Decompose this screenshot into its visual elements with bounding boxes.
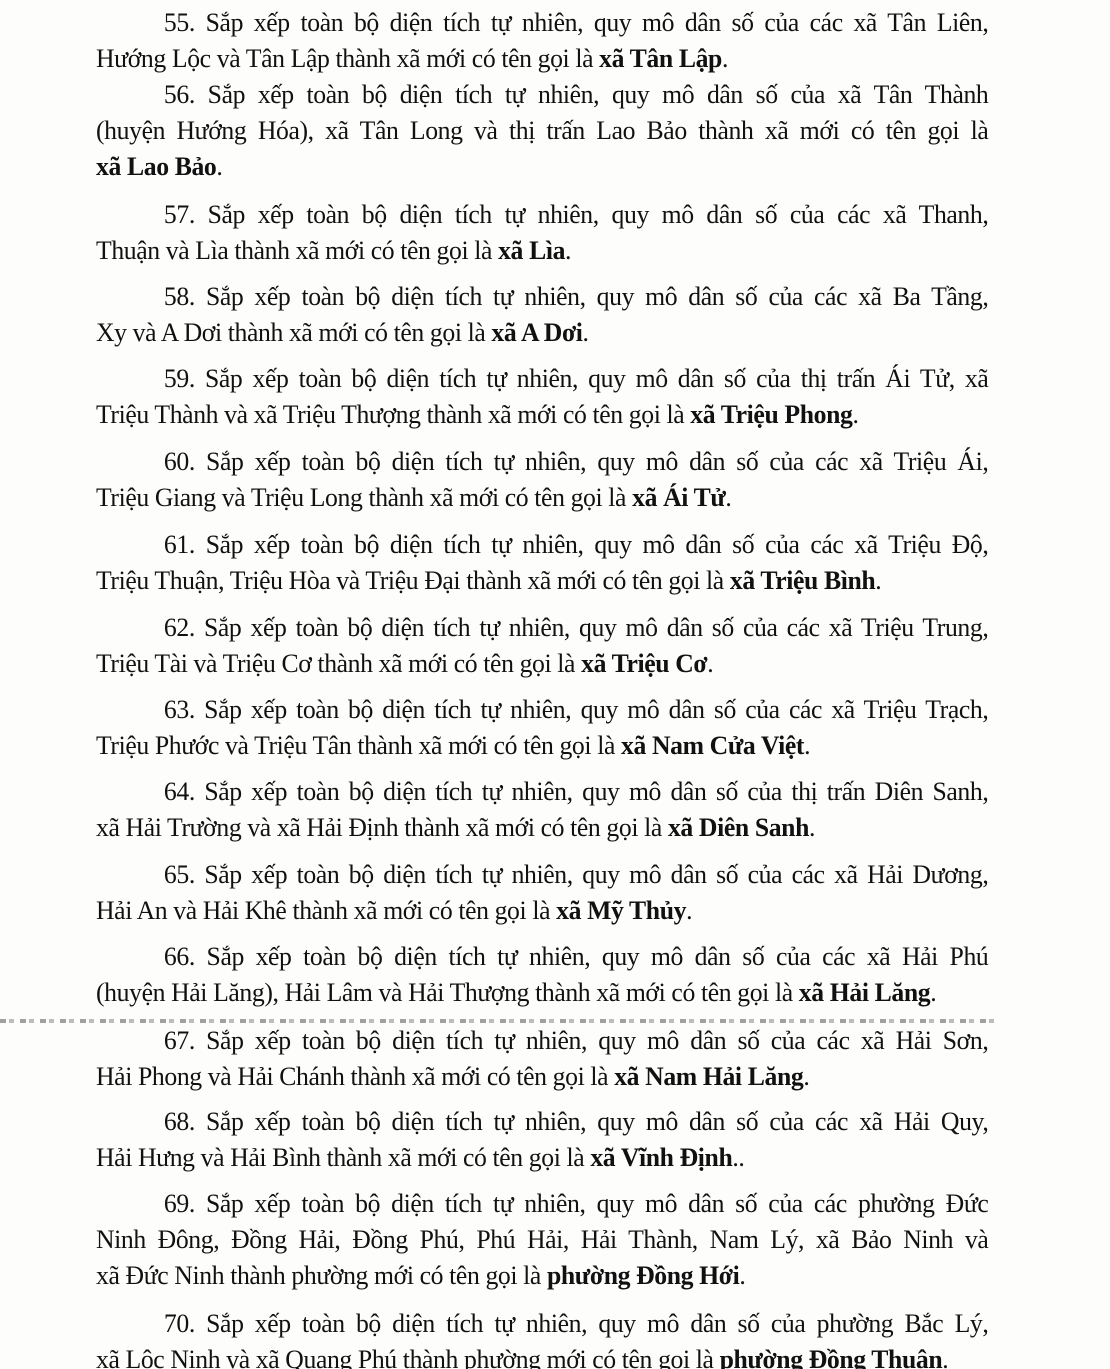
- clause-61: 61. Sắp xếp toàn bộ diện tích tự nhiên, …: [96, 526, 988, 598]
- clause-60: 60. Sắp xếp toàn bộ diện tích tự nhiên, …: [96, 443, 988, 515]
- clause-62: 62. Sắp xếp toàn bộ diện tích tự nhiên, …: [96, 609, 988, 681]
- clause-number: 66.: [164, 941, 195, 971]
- clause-66: 66. Sắp xếp toàn bộ diện tích tự nhiên, …: [96, 938, 988, 1010]
- clause-67: 67. Sắp xếp toàn bộ diện tích tự nhiên, …: [96, 1022, 988, 1094]
- clause-65: 65. Sắp xếp toàn bộ diện tích tự nhiên, …: [96, 856, 988, 928]
- clause-number: 65.: [164, 859, 195, 889]
- clause-number: 55.: [164, 7, 195, 37]
- clause-63: 63. Sắp xếp toàn bộ diện tích tự nhiên, …: [96, 691, 988, 763]
- clause-68: 68. Sắp xếp toàn bộ diện tích tự nhiên, …: [96, 1103, 988, 1175]
- clause-number: 64.: [164, 776, 195, 806]
- new-commune-name: xã Ái Tử: [632, 482, 725, 512]
- new-commune-name: xã Triệu Bình: [730, 565, 875, 595]
- new-commune-name: xã Mỹ Thủy: [556, 895, 686, 925]
- clause-number: 59.: [164, 363, 195, 393]
- new-commune-name: xã Triệu Cơ: [581, 648, 707, 678]
- clause-number: 69.: [164, 1188, 195, 1218]
- new-commune-name: xã Tân Lập: [599, 43, 722, 73]
- new-ward-name: phường Đồng Thuận: [720, 1344, 943, 1369]
- new-commune-name: xã Diên Sanh: [668, 812, 809, 842]
- new-commune-name: xã Lìa: [498, 235, 565, 265]
- clause-55: 55. Sắp xếp toàn bộ diện tích tự nhiên, …: [96, 4, 988, 76]
- scanned-document-page: 55. Sắp xếp toàn bộ diện tích tự nhiên, …: [0, 0, 1110, 1369]
- clause-70: 70. Sắp xếp toàn bộ diện tích tự nhiên, …: [96, 1305, 988, 1369]
- new-commune-name: xã Vĩnh Định: [590, 1142, 732, 1172]
- clause-64: 64. Sắp xếp toàn bộ diện tích tự nhiên, …: [96, 773, 988, 845]
- new-commune-name: xã Triệu Phong: [690, 399, 852, 429]
- clause-number: 58.: [164, 281, 195, 311]
- new-ward-name: phường Đồng Hới: [547, 1260, 739, 1290]
- clause-number: 60.: [164, 446, 195, 476]
- clause-number: 62.: [164, 612, 195, 642]
- new-commune-name: xã Lao Bảo: [96, 151, 216, 181]
- clause-number: 70.: [164, 1308, 195, 1338]
- new-commune-name: xã A Dơi: [491, 317, 582, 347]
- clause-number: 68.: [164, 1106, 195, 1136]
- clause-number: 57.: [164, 199, 195, 229]
- clause-number: 63.: [164, 694, 195, 724]
- clause-59: 59. Sắp xếp toàn bộ diện tích tự nhiên, …: [96, 360, 988, 432]
- clause-number: 67.: [164, 1025, 195, 1055]
- new-commune-name: xã Nam Hải Lăng: [614, 1061, 803, 1091]
- clause-57: 57. Sắp xếp toàn bộ diện tích tự nhiên, …: [96, 196, 988, 268]
- clause-58: 58. Sắp xếp toàn bộ diện tích tự nhiên, …: [96, 278, 988, 350]
- clause-69: 69. Sắp xếp toàn bộ diện tích tự nhiên, …: [96, 1185, 988, 1293]
- clause-number: 61.: [164, 529, 195, 559]
- clause-number: 56.: [164, 79, 195, 109]
- new-commune-name: xã Hải Lăng: [799, 977, 930, 1007]
- new-commune-name: xã Nam Cửa Việt: [621, 730, 804, 760]
- clause-56: 56. Sắp xếp toàn bộ diện tích tự nhiên, …: [96, 76, 988, 184]
